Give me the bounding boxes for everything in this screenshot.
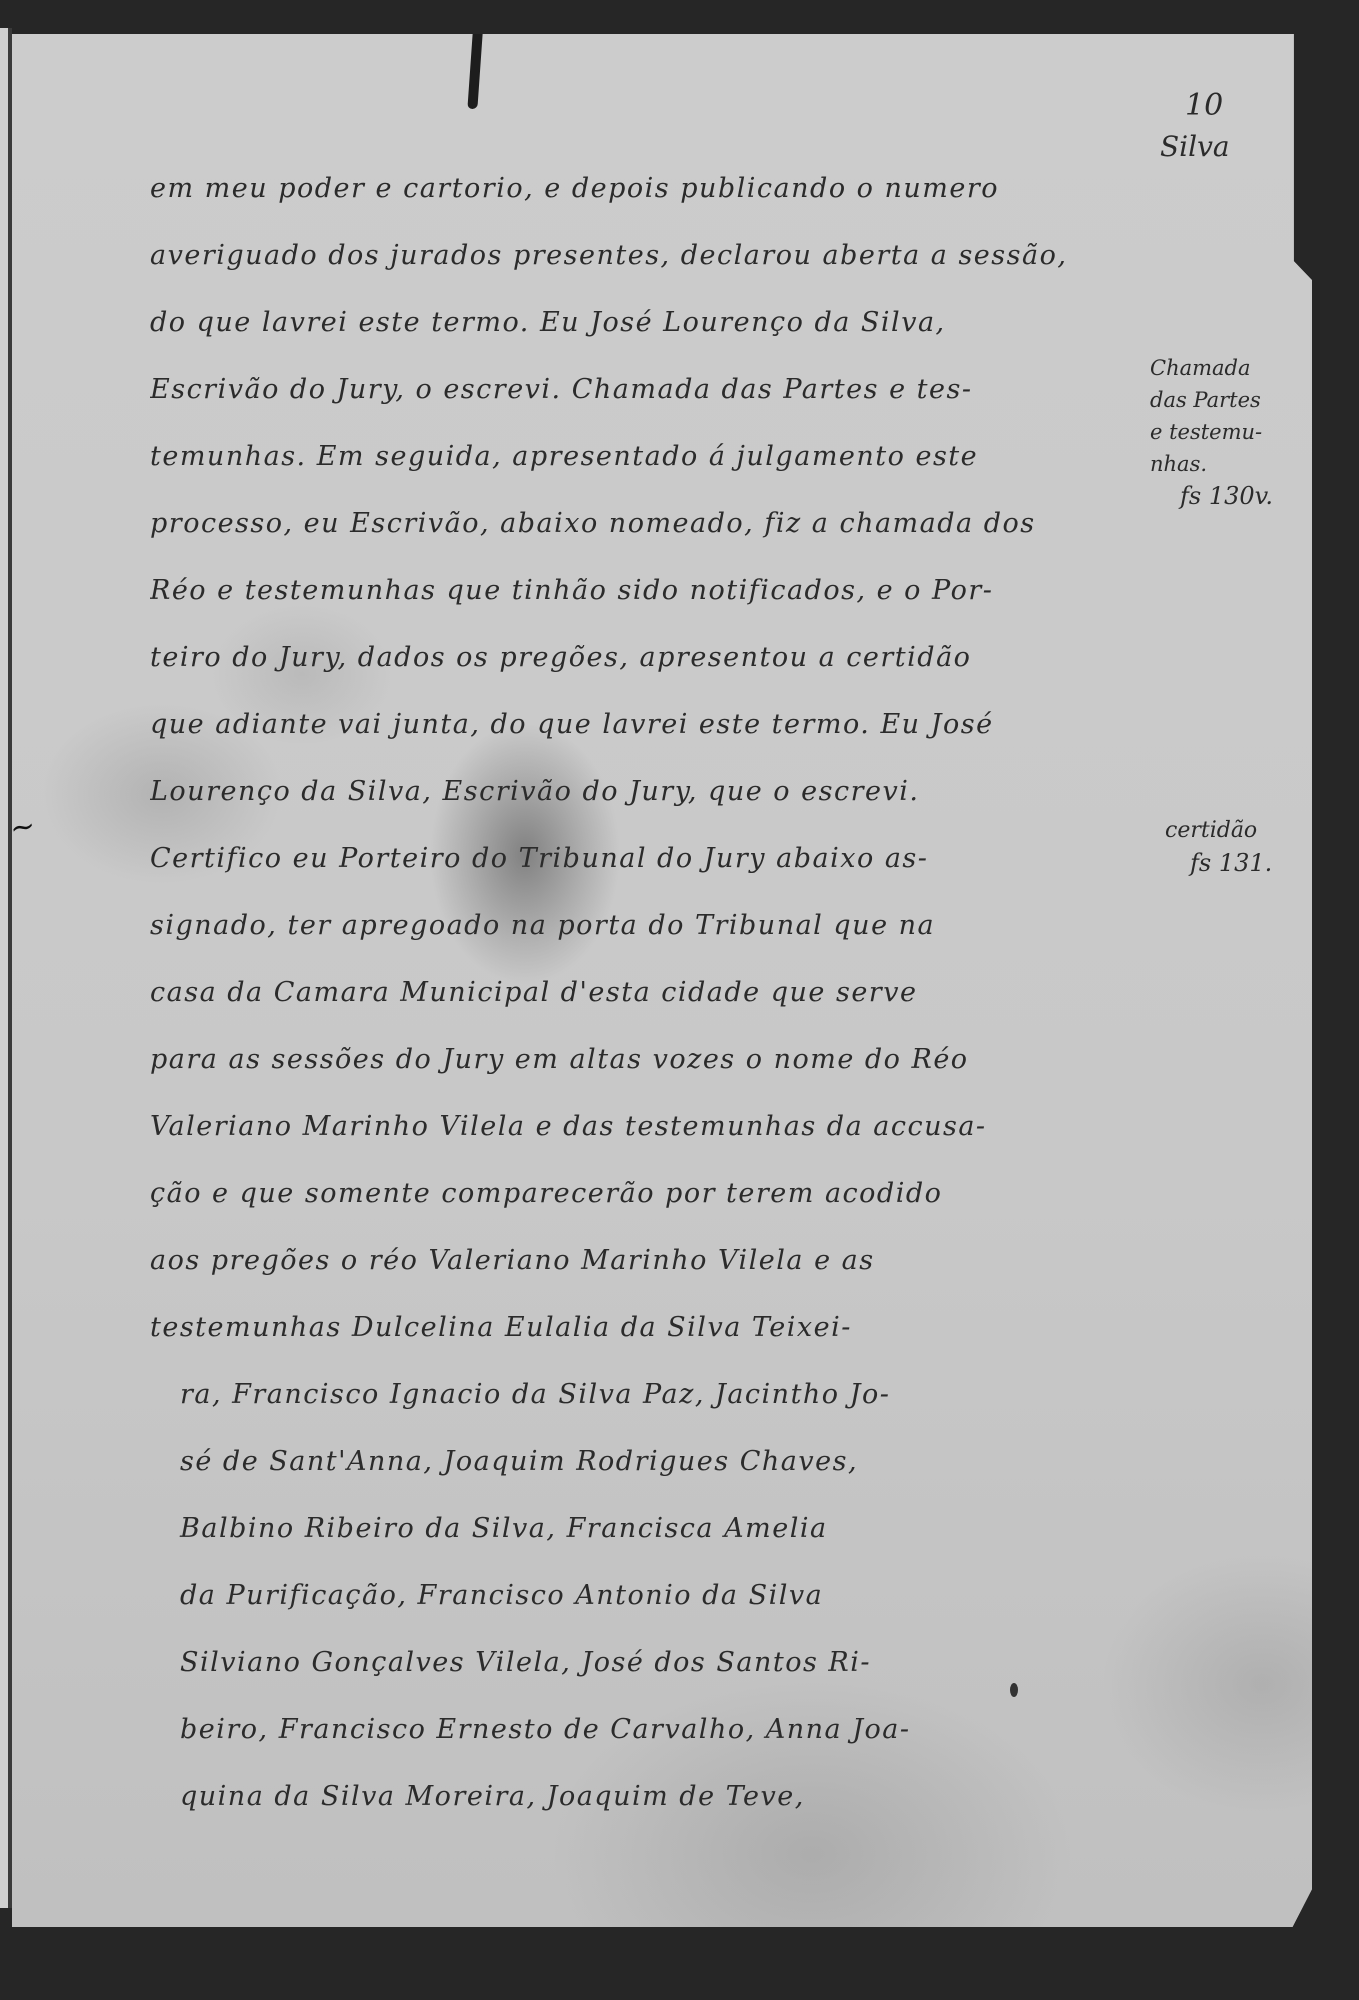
text-line: em meu poder e cartorio, e depois public… [150, 155, 1140, 222]
text-line: teiro do Jury, dados os pregões, apresen… [150, 624, 1140, 691]
text-line: averiguado dos jurados presentes, declar… [150, 222, 1140, 289]
text-line: temunhas. Em seguida, apresentado á julg… [150, 423, 1140, 490]
folio-signature: Silva [1160, 130, 1230, 163]
text-line: Balbino Ribeiro da Silva, Francisca Amel… [150, 1495, 1140, 1562]
margin-note-line: fs 130v. [1150, 480, 1290, 512]
margin-note-line: Chamada [1150, 352, 1290, 384]
margin-note-line: das Partes [1150, 384, 1290, 416]
text-line: casa da Camara Municipal d'esta cidade q… [150, 959, 1140, 1026]
manuscript-scan: ~ 10 Silva Chamada das Partes e testemu-… [0, 0, 1359, 2000]
text-line: Réo e testemunhas que tinhão sido notifi… [150, 557, 1140, 624]
text-line: signado, ter apregoado na porta do Tribu… [150, 892, 1140, 959]
text-line: Certifico eu Porteiro do Tribunal do Jur… [150, 825, 1140, 892]
margin-note-certidao: certidão fs 131. [1165, 815, 1295, 879]
margin-note-line: certidão [1165, 815, 1295, 847]
text-line: processo, eu Escrivão, abaixo nomeado, f… [150, 490, 1140, 557]
text-line: Lourenço da Silva, Escrivão do Jury, que… [150, 758, 1140, 825]
text-line: que adiante vai junta, do que lavrei est… [150, 691, 1140, 758]
margin-note-line: e testemu- [1150, 416, 1290, 448]
text-line: Escrivão do Jury, o escrevi. Chamada das… [150, 356, 1140, 423]
text-line: Silviano Gonçalves Vilela, José dos Sant… [150, 1629, 1140, 1696]
text-line: quina da Silva Moreira, Joaquim de Teve, [150, 1763, 1140, 1830]
text-line: sé de Sant'Anna, Joaquim Rodrigues Chave… [150, 1428, 1140, 1495]
manuscript-body: em meu poder e cartorio, e depois public… [150, 155, 1140, 1830]
margin-note-line: fs 131. [1165, 847, 1295, 879]
text-line: do que lavrei este termo. Eu José Louren… [150, 289, 1140, 356]
text-line: testemunhas Dulcelina Eulalia da Silva T… [150, 1294, 1140, 1361]
folio-number: 10 [1185, 88, 1223, 123]
previous-page-edge [0, 28, 12, 1908]
text-line: ra, Francisco Ignacio da Silva Paz, Jaci… [150, 1361, 1140, 1428]
text-line: Valeriano Marinho Vilela e das testemunh… [150, 1093, 1140, 1160]
text-line: beiro, Francisco Ernesto de Carvalho, An… [150, 1696, 1140, 1763]
margin-note-line: nhas. [1150, 448, 1290, 480]
text-line: para as sessões do Jury em altas vozes o… [150, 1026, 1140, 1093]
margin-note-chamada: Chamada das Partes e testemu- nhas. fs 1… [1150, 352, 1290, 512]
text-line: ção e que somente comparecerão por terem… [150, 1160, 1140, 1227]
text-line: da Purificação, Francisco Antonio da Sil… [150, 1562, 1140, 1629]
text-line: aos pregões o réo Valeriano Marinho Vile… [150, 1227, 1140, 1294]
